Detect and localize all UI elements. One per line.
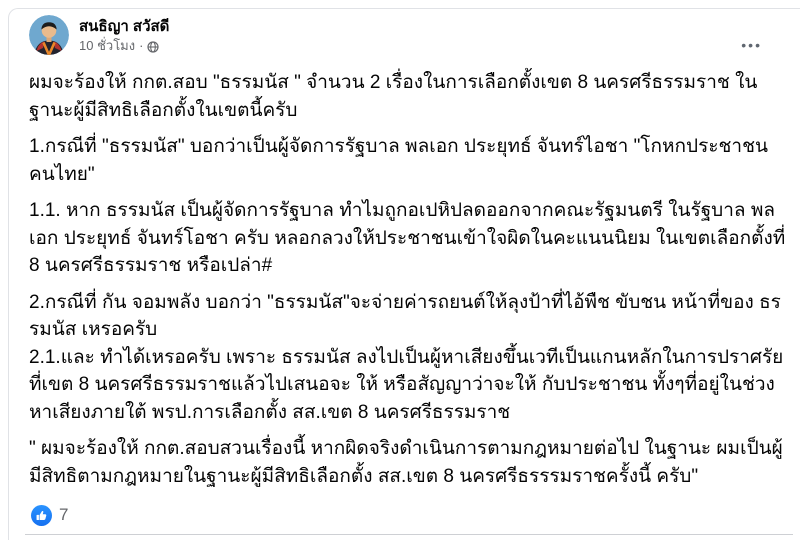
post-body: ผมจะร้องให้ กกต.สอบ "ธรรมนัส " จำนวน 2 เ…: [9, 55, 800, 490]
post-header: สนธิญา สวัสดี 10 ชั่วโมง · •••: [9, 9, 800, 55]
post-paragraph: 1.1. หาก ธรรมนัส เป็นผู้จัดการรัฐบาล ทำไ…: [29, 197, 792, 280]
like-reaction-icon[interactable]: [31, 505, 52, 526]
post-paragraph: ผมจะร้องให้ กกต.สอบ "ธรรมนัส " จำนวน 2 เ…: [29, 69, 792, 124]
header-text: สนธิญา สวัสดี 10 ชั่วโมง ·: [79, 15, 169, 54]
avatar[interactable]: [29, 15, 69, 55]
comments-divider: [25, 534, 793, 535]
post-paragraph: 2.กรณีที่ กัน จอมพลัง บอกว่า "ธรรมนัส"จะ…: [29, 289, 792, 427]
avatar-image: [29, 15, 69, 55]
facebook-post-card: สนธิญา สวัสดี 10 ชั่วโมง · ••• ผมจะร้องใ…: [8, 8, 800, 540]
timestamp[interactable]: 10 ชั่วโมง: [79, 38, 135, 54]
author-name[interactable]: สนธิญา สวัสดี: [79, 17, 169, 36]
post-paragraph: " ผมจะร้องให้ กกต.สอบสวนเรื่องนี้ หากผิด…: [29, 435, 792, 490]
like-count[interactable]: 7: [59, 505, 68, 525]
post-paragraph: 1.กรณีที่ "ธรรมนัส" บอกว่าเป็นผู้จัดการร…: [29, 133, 792, 188]
post-meta: 10 ชั่วโมง ·: [79, 38, 169, 54]
more-options-button[interactable]: •••: [737, 31, 766, 59]
reactions-row: 7: [9, 499, 800, 527]
globe-icon: [147, 41, 159, 53]
meta-separator: ·: [139, 38, 143, 54]
